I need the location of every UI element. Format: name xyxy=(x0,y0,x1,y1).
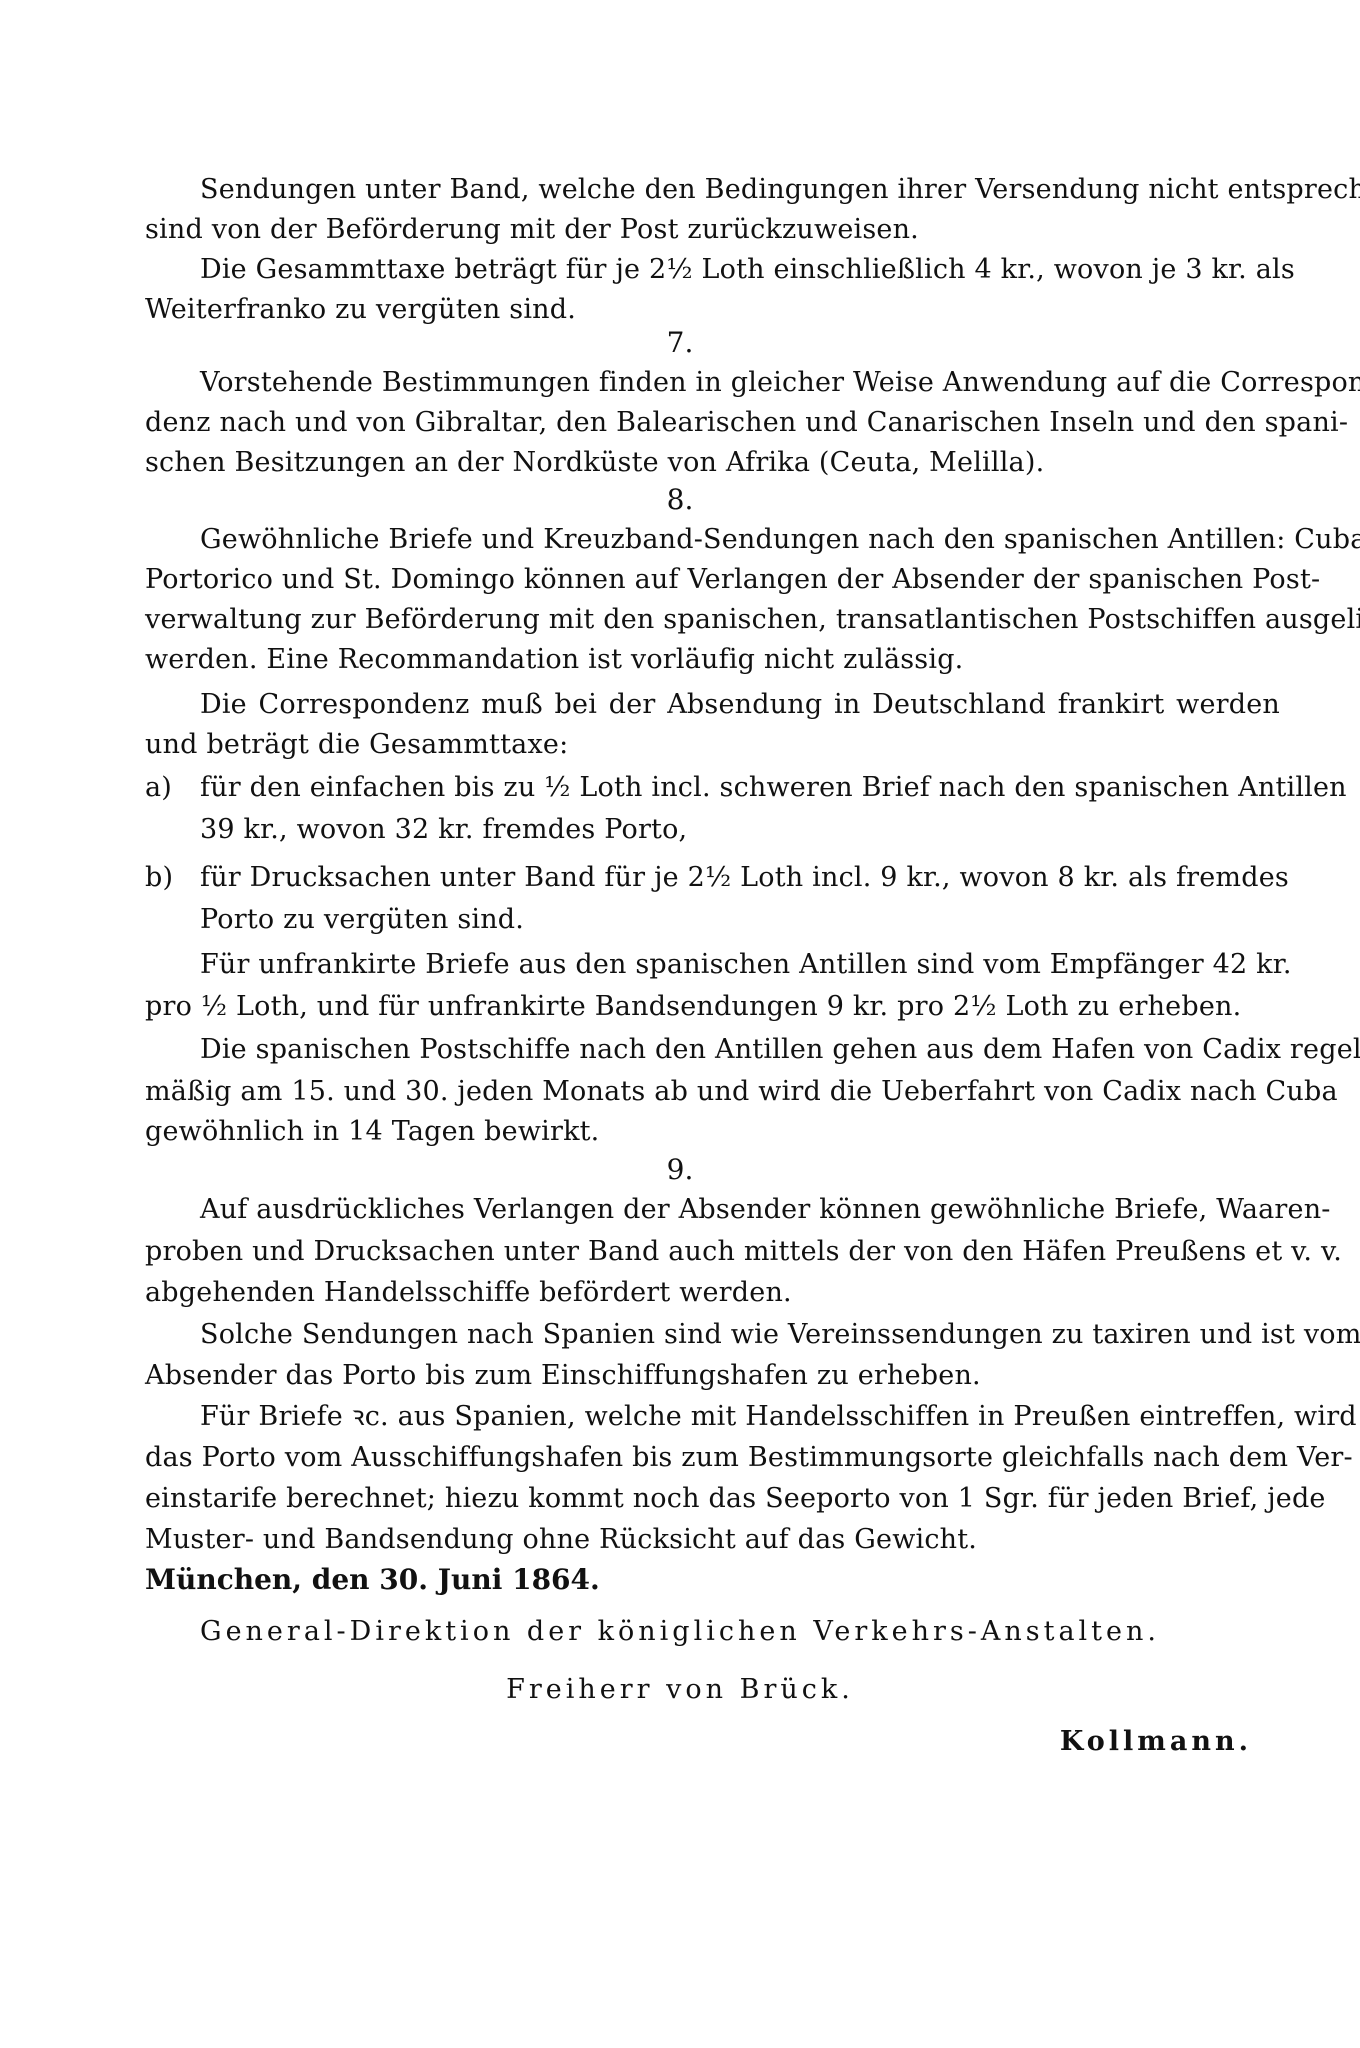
signatory-kollmann: Kollmann. xyxy=(1060,1722,1252,1762)
text-line: pro ½ Loth, und für unfrankirte Bandsend… xyxy=(145,987,1280,1027)
section-number-8: 8. xyxy=(0,480,1360,520)
list-item-text: für den einfachen bis zu ½ Loth incl. sc… xyxy=(200,772,1347,803)
text-line: und beträgt die Gesammttaxe: xyxy=(145,725,1280,765)
section-number-7: 7. xyxy=(0,323,1360,363)
list-marker: a) xyxy=(145,768,200,808)
text-line: Porto zu vergüten sind. xyxy=(200,900,1280,940)
text-line: Für unfrankirte Briefe aus den spanische… xyxy=(200,945,1280,985)
text-line: das Porto vom Ausschiffungshafen bis zum… xyxy=(145,1438,1280,1478)
text-line: Auf ausdrückliches Verlangen der Absende… xyxy=(200,1190,1280,1230)
place-date: München, den 30. Juni 1864. xyxy=(145,1560,600,1600)
text-line: schen Besitzungen an der Nordküste von A… xyxy=(145,443,1280,483)
text-line: Portorico und St. Domingo können auf Ver… xyxy=(145,560,1280,600)
text-line: Für Briefe ꝛc. aus Spanien, welche mit H… xyxy=(200,1397,1280,1437)
list-marker: b) xyxy=(145,858,200,898)
text-line: Solche Sendungen nach Spanien sind wie V… xyxy=(200,1315,1280,1355)
section-number-9: 9. xyxy=(0,1150,1360,1190)
text-line: Vorstehende Bestimmungen finden in gleic… xyxy=(200,363,1280,403)
text-line: sind von der Beförderung mit der Post zu… xyxy=(145,210,1280,250)
issuing-authority: General-Direktion der königlichen Verkeh… xyxy=(0,1612,1360,1652)
text-line: Gewöhnliche Briefe und Kreuzband-Sendung… xyxy=(200,520,1280,560)
text-line: Die Correspondenz muß bei der Absendung … xyxy=(200,685,1280,725)
text-line: abgehenden Handelsschiffe befördert werd… xyxy=(145,1273,1280,1313)
text-line: einstarife berechnet; hiezu kommt noch d… xyxy=(145,1479,1280,1519)
text-line: denz nach und von Gibraltar, den Baleari… xyxy=(145,403,1280,443)
text-line: verwaltung zur Beförderung mit den spani… xyxy=(145,600,1280,640)
document-page: Sendungen unter Band, welche den Bedingu… xyxy=(0,0,1360,2048)
text-line: 39 kr., wovon 32 kr. fremdes Porto, xyxy=(200,810,1280,850)
list-item-a: a)für den einfachen bis zu ½ Loth incl. … xyxy=(145,768,1280,808)
list-item-text: für Drucksachen unter Band für je 2½ Lot… xyxy=(200,862,1289,893)
text-line: Sendungen unter Band, welche den Bedingu… xyxy=(200,170,1280,210)
signatory-freiherr-von-brueck: Freiherr von Brück. xyxy=(0,1670,1360,1710)
text-line: gewöhnlich in 14 Tagen bewirkt. xyxy=(145,1112,1280,1152)
text-line: Die Gesammttaxe beträgt für je 2½ Loth e… xyxy=(200,250,1280,290)
text-line: Muster- und Bandsendung ohne Rücksicht a… xyxy=(145,1520,1280,1560)
text-line: mäßig am 15. und 30. jeden Monats ab und… xyxy=(145,1072,1280,1112)
list-item-b: b)für Drucksachen unter Band für je 2½ L… xyxy=(145,858,1280,898)
text-line: werden. Eine Recommandation ist vorläufi… xyxy=(145,640,1280,680)
text-line: Die spanischen Postschiffe nach den Anti… xyxy=(200,1030,1280,1070)
text-line: proben und Drucksachen unter Band auch m… xyxy=(145,1232,1280,1272)
text-line: Absender das Porto bis zum Einschiffungs… xyxy=(145,1356,1280,1396)
